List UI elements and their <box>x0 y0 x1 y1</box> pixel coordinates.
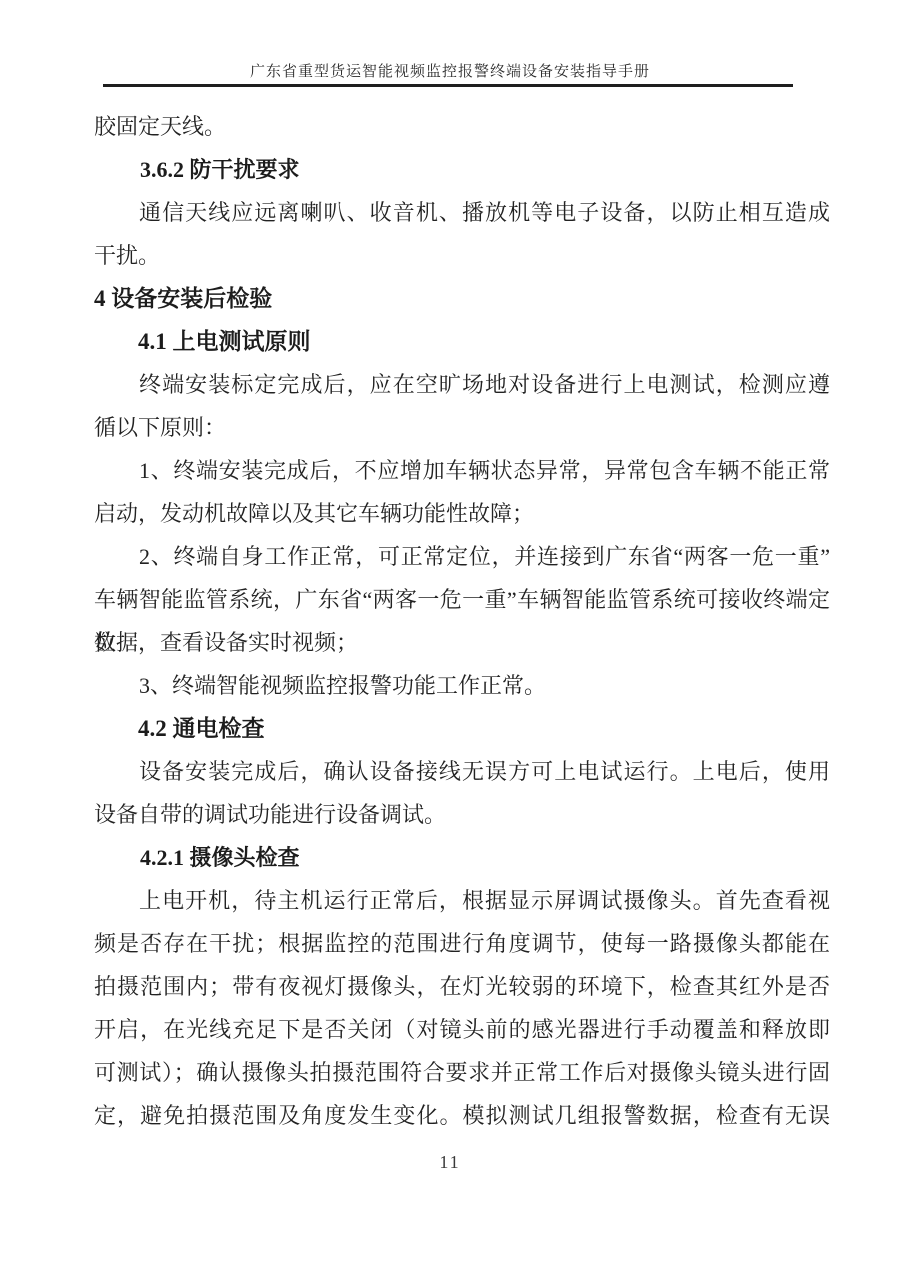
page-number: 11 <box>0 1152 900 1173</box>
document-page: 广东省重型货运智能视频监控报警终端设备安装指导手册 胶固定天线。 3.6.2 防… <box>0 0 900 1272</box>
body-line-item-2: 2、终端自身工作正常，可正常定位，并连接到广东省“两客一危一重” <box>94 535 830 578</box>
body-line: 定，避免拍摄范围及角度发生变化。模拟测试几组报警数据，检查有无误 <box>94 1094 830 1137</box>
body-line: 设备安装完成后，确认设备接线无误方可上电试运行。上电后，使用 <box>94 750 830 793</box>
body-line: 上电开机，待主机运行正常后，根据显示屏调试摄像头。首先查看视 <box>94 879 830 922</box>
body-line: 开启，在光线充足下是否关闭（对镜头前的感光器进行手动覆盖和释放即 <box>94 1008 830 1051</box>
body-line: 频是否存在干扰；根据监控的范围进行角度调节，使每一路摄像头都能在 <box>94 922 830 965</box>
body-line: 拍摄范围内；带有夜视灯摄像头，在灯光较弱的环境下，检查其红外是否 <box>94 965 830 1008</box>
body-line: 干扰。 <box>94 234 830 277</box>
heading-post-install-check: 4 设备安装后检验 <box>94 277 830 320</box>
page-body: 胶固定天线。 3.6.2 防干扰要求 通信天线应远离喇叭、收音机、播放机等电子设… <box>94 105 830 1137</box>
heading-power-check: 4.2 通电检查 <box>94 707 830 750</box>
body-line: 车辆智能监管系统，广东省“两客一危一重”车辆智能监管系统可接收终端定位 <box>94 578 830 621</box>
running-header-title: 广东省重型货运智能视频监控报警终端设备安装指导手册 <box>0 60 900 81</box>
body-line: 数据，查看设备实时视频； <box>94 621 830 664</box>
body-line: 终端安装标定完成后，应在空旷场地对设备进行上电测试，检测应遵 <box>94 363 830 406</box>
body-line-item-3: 3、终端智能视频监控报警功能工作正常。 <box>94 664 830 707</box>
body-line: 循以下原则： <box>94 406 830 449</box>
heading-power-on-test: 4.1 上电测试原则 <box>94 320 830 363</box>
heading-anti-interference: 3.6.2 防干扰要求 <box>94 148 830 191</box>
body-line-item-1: 1、终端安装完成后，不应增加车辆状态异常，异常包含车辆不能正常 <box>94 449 830 492</box>
body-line: 通信天线应远离喇叭、收音机、播放机等电子设备，以防止相互造成 <box>94 191 830 234</box>
header-rule <box>103 84 793 87</box>
body-line: 设备自带的调试功能进行设备调试。 <box>94 793 830 836</box>
body-line: 可测试）；确认摄像头拍摄范围符合要求并正常工作后对摄像头镜头进行固 <box>94 1051 830 1094</box>
body-line: 启动，发动机故障以及其它车辆功能性故障； <box>94 492 830 535</box>
body-line: 胶固定天线。 <box>94 105 830 148</box>
heading-camera-check: 4.2.1 摄像头检查 <box>94 836 830 879</box>
